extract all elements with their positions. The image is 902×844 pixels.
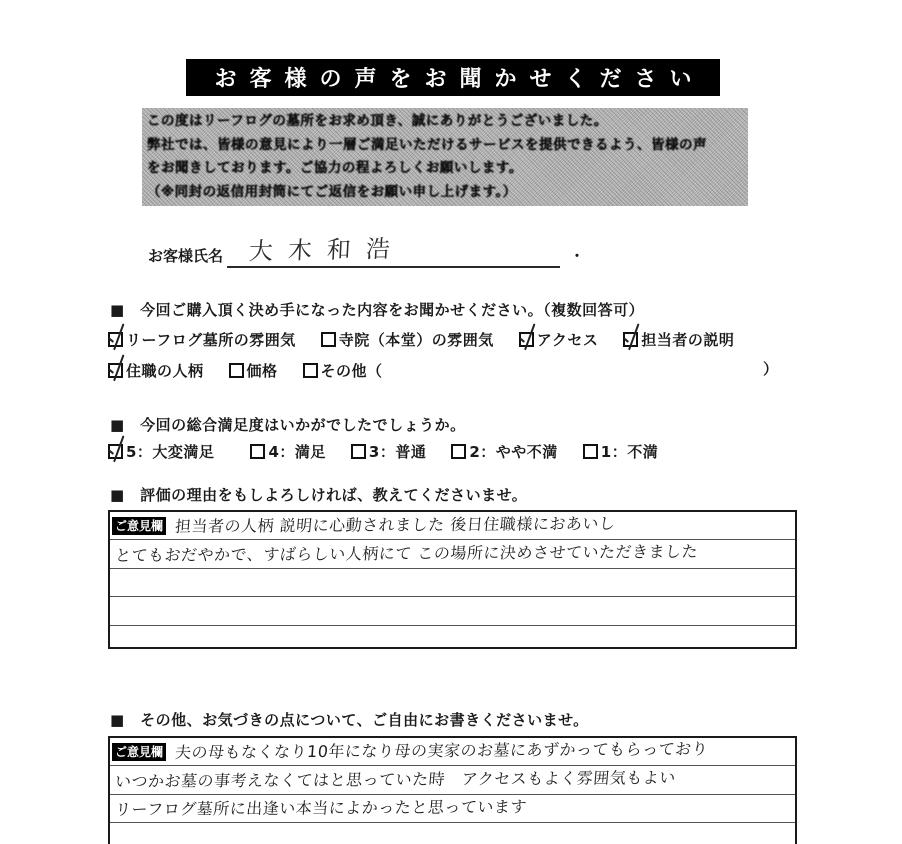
checkbox-icon bbox=[250, 444, 265, 459]
q1-option-reeflog-atmosphere: リーフログ墓所の雰囲気 bbox=[108, 329, 296, 350]
comment-row: ご意見欄 夫の母もなくなり10年になり母の実家のお墓にあずかってもらっており bbox=[110, 738, 795, 765]
checkbox-icon bbox=[351, 444, 366, 459]
q2-option-4-satisfied: 4：満足 bbox=[250, 441, 325, 462]
q3-heading: ■ 評価の理由をもしよろしければ、教えてくださいませ。 bbox=[110, 484, 527, 505]
comment-row bbox=[110, 822, 795, 844]
checkbox-icon bbox=[321, 332, 336, 347]
option-label: 住職の人柄 bbox=[126, 360, 204, 381]
option-label: 寺院（本堂）の雰囲気 bbox=[339, 329, 494, 350]
comment-row: とてもおだやかで、すばらしい人柄にて この場所に決めさせていただきました bbox=[110, 539, 795, 567]
customer-name-label: お客様氏名 bbox=[148, 245, 223, 268]
comment-box-reason: ご意見欄 担当者の人柄 説明に心動されました 後日住職様におあいし とてもおだや… bbox=[108, 510, 797, 649]
comment-row: いつかお墓の事考えなくてはと思っていた時 アクセスもよく雰囲気もよい bbox=[110, 765, 795, 793]
comment-row bbox=[110, 625, 795, 653]
q1-heading: ■ 今回ご購入頂く決め手になった内容をお聞かせください。（複数回答可） bbox=[110, 299, 644, 320]
handwritten-comment-line: 夫の母もなくなり10年になり母の実家のお墓にあずかってもらっており bbox=[170, 737, 709, 766]
q2-option-3-normal: 3：普通 bbox=[351, 441, 426, 462]
intro-line: （※同封の返信用封筒にてご返信をお願い申し上げます。） bbox=[147, 181, 743, 205]
checkbox-icon bbox=[623, 332, 638, 347]
checkbox-icon bbox=[108, 363, 123, 378]
checkbox-icon bbox=[108, 444, 123, 459]
comment-row bbox=[110, 568, 795, 596]
option-label: 5：大変満足 bbox=[126, 441, 214, 462]
checkbox-icon bbox=[583, 444, 598, 459]
q2-heading: ■ 今回の総合満足度はいかがでしたでしょうか。 bbox=[110, 414, 466, 435]
comment-row: リーフログ墓所に出逢い本当によかったと思っています bbox=[110, 794, 795, 822]
comment-row bbox=[110, 596, 795, 624]
q2-options-row: 5：大変満足 4：満足 3：普通 2：やや不満 1：不満 bbox=[108, 441, 683, 462]
q1-option-priest-personality: 住職の人柄 bbox=[108, 360, 204, 381]
handwritten-comment-line: リーフログ墓所に出逢い本当によかったと思っています bbox=[110, 794, 528, 822]
intro-line: この度はリーフログの墓所をお求め頂き、誠にありがとうございました。 bbox=[147, 110, 743, 134]
customer-name-row: お客様氏名 大木和浩 ・ bbox=[148, 232, 584, 268]
option-label: 1：不満 bbox=[601, 441, 658, 462]
form-title-banner: お客様の声をお聞かせください bbox=[186, 59, 720, 96]
option-label: 2：やや不満 bbox=[469, 441, 557, 462]
q1-options-row1: リーフログ墓所の雰囲気 寺院（本堂）の雰囲気 アクセス 担当者の説明 bbox=[108, 329, 759, 350]
handwritten-comment-line bbox=[110, 651, 114, 653]
option-label: 価格 bbox=[247, 360, 278, 381]
handwritten-comment-line: いつかお墓の事考えなくてはと思っていた時 アクセスもよく雰囲気もよい bbox=[110, 765, 677, 794]
q1-options-row2: 住職の人柄 価格 その他（ bbox=[108, 360, 408, 381]
checkbox-icon bbox=[451, 444, 466, 459]
option-label: その他（ bbox=[321, 360, 383, 381]
q1-option-temple-atmosphere: 寺院（本堂）の雰囲気 bbox=[321, 329, 494, 350]
q2-option-1-dissatisfied: 1：不満 bbox=[583, 441, 658, 462]
handwritten-comment-line: 担当者の人柄 説明に心動されました 後日住職様におあいし bbox=[170, 511, 616, 539]
q1-option-staff-explanation: 担当者の説明 bbox=[623, 329, 734, 350]
q4-heading: ■ その他、お気づきの点について、ご自由にお書きくださいませ。 bbox=[110, 709, 589, 730]
customer-name-handwritten: 大木和浩 bbox=[248, 229, 406, 267]
form-title: お客様の声をお聞かせください bbox=[201, 62, 704, 93]
scanned-survey-form: お客様の声をお聞かせください この度はリーフログの墓所をお求め頂き、誠にありがと… bbox=[0, 0, 902, 844]
option-label: リーフログ墓所の雰囲気 bbox=[126, 329, 296, 350]
customer-name-underline: 大木和浩 bbox=[227, 232, 560, 268]
option-label: アクセス bbox=[537, 329, 599, 350]
checkbox-icon bbox=[229, 363, 244, 378]
comment-box-label: ご意見欄 bbox=[112, 517, 166, 535]
comment-box-label: ご意見欄 bbox=[112, 743, 166, 761]
intro-line: 弊社では、皆様の意見により一層ご満足いただけるサービスを提供できるよう、皆様の声 bbox=[147, 134, 743, 158]
comment-box-other: ご意見欄 夫の母もなくなり10年になり母の実家のお墓にあずかってもらっており い… bbox=[108, 736, 797, 844]
handwritten-comment-line: とてもおだやかで、すばらしい人柄にて この場所に決めさせていただきました bbox=[110, 539, 699, 568]
q2-option-5-very-satisfied: 5：大変満足 bbox=[108, 441, 214, 462]
comment-row: ご意見欄 担当者の人柄 説明に心動されました 後日住職様におあいし bbox=[110, 512, 795, 539]
q1-option-other: その他（ bbox=[303, 360, 383, 381]
intro-paragraph: この度はリーフログの墓所をお求め頂き、誠にありがとうございました。 弊社では、皆… bbox=[142, 108, 748, 206]
other-close-paren: ） bbox=[763, 358, 778, 379]
option-label: 担当者の説明 bbox=[641, 329, 734, 350]
option-label: 3：普通 bbox=[369, 441, 426, 462]
checkbox-icon bbox=[108, 332, 123, 347]
name-suffix-dot: ・ bbox=[570, 246, 584, 268]
q1-option-price: 価格 bbox=[229, 360, 278, 381]
checkbox-icon bbox=[519, 332, 534, 347]
option-label: 4：満足 bbox=[268, 441, 325, 462]
intro-line: をお聞きしております。ご協力の程よろしくお願いします。 bbox=[147, 157, 743, 181]
checkbox-icon bbox=[303, 363, 318, 378]
q1-option-access: アクセス bbox=[519, 329, 599, 350]
q2-option-2-somewhat-dissatisfied: 2：やや不満 bbox=[451, 441, 557, 462]
